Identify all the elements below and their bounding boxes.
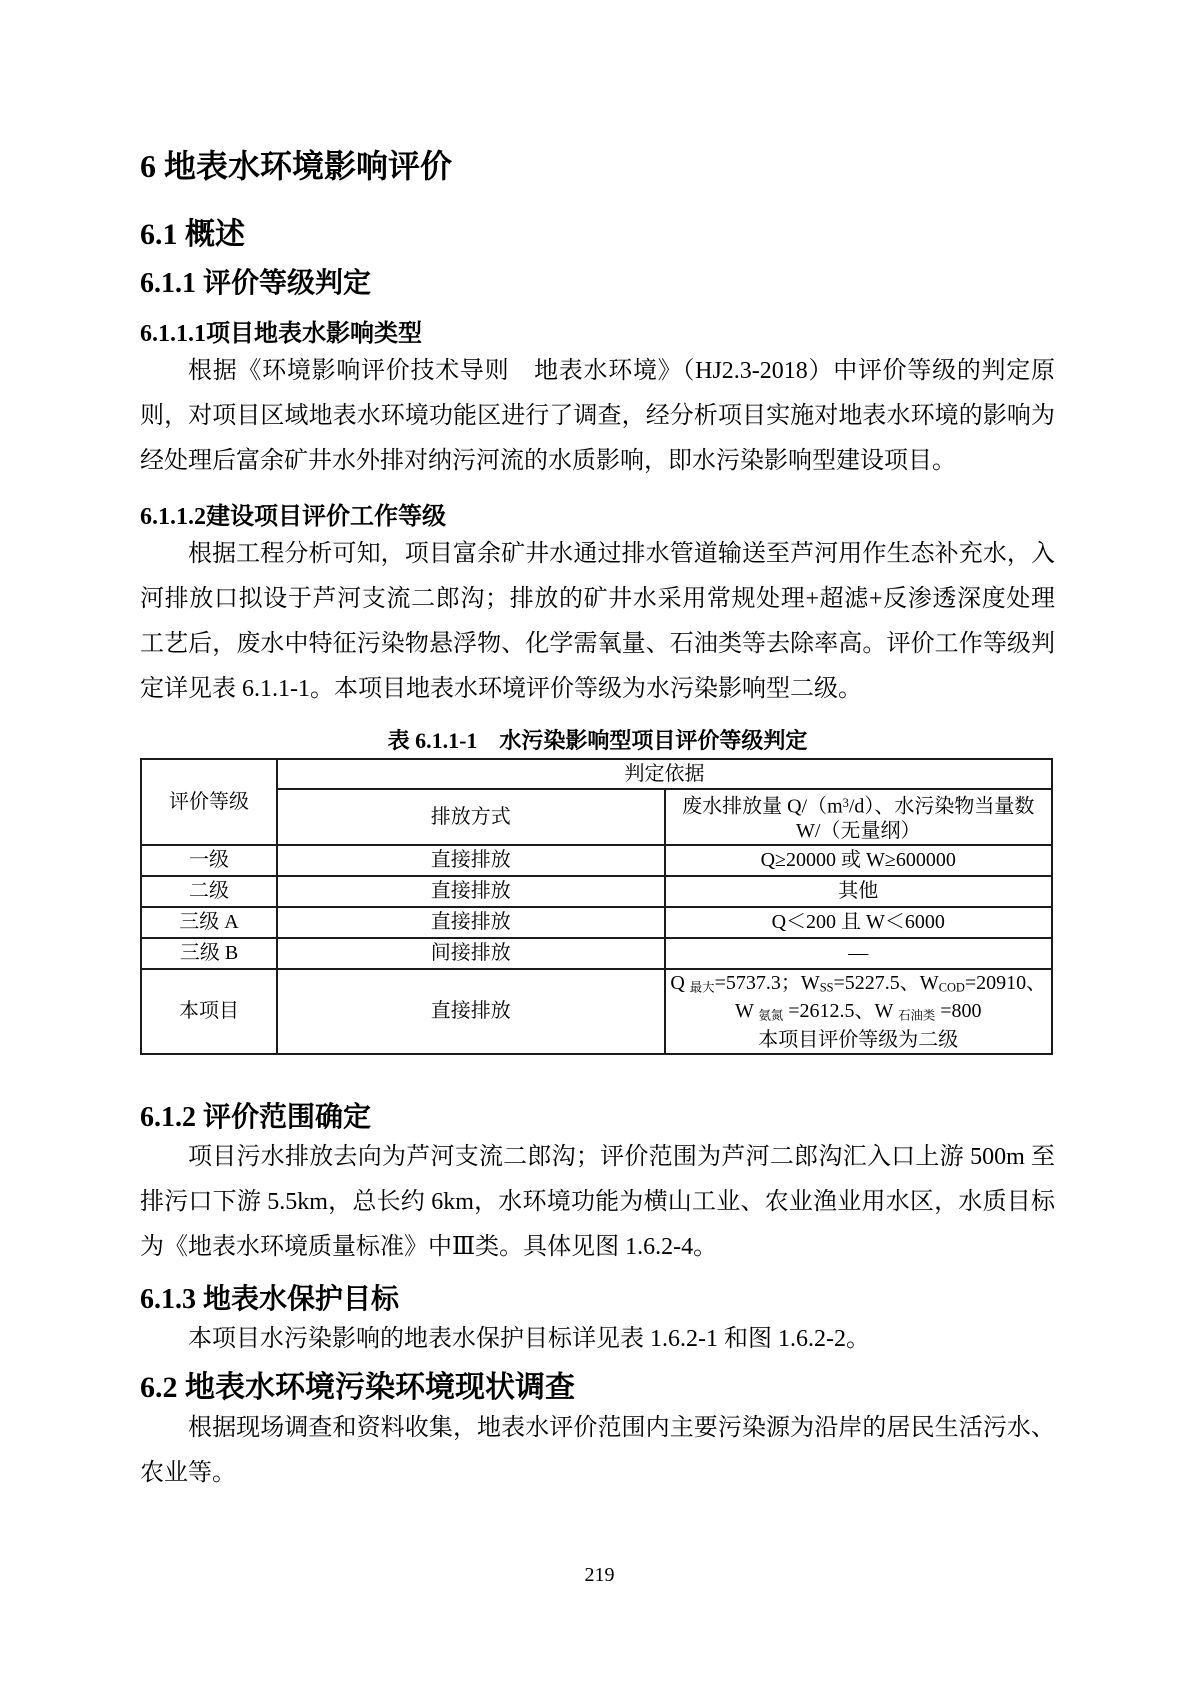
document-content: 6 地表水环境影响评价 6.1 概述 6.1.1 评价等级判定 6.1.1.1项… bbox=[140, 0, 1055, 1496]
table-row: 二级 直接排放 其他 bbox=[141, 876, 1052, 907]
chapter-heading: 6 地表水环境影响评价 bbox=[140, 147, 1055, 185]
project-criteria-conclusion: 本项目评价等级为二级 bbox=[670, 1028, 1048, 1052]
paragraph-work-grade: 根据工程分析可知，项目富余矿井水通过排水管道输送至芦河用作生态补充水，入河排放口… bbox=[140, 532, 1055, 712]
paragraph-scope: 项目污水排放去向为芦河支流二郎沟；评价范围为芦河二郎沟汇入口上游 500m 至排… bbox=[140, 1135, 1055, 1270]
section-heading-6-1-3: 6.1.3 地表水保护目标 bbox=[140, 1283, 1055, 1317]
table-row-project: 本项目 直接排放 Q 最大=5737.3；WSS=5227.5、WCOD=209… bbox=[141, 969, 1052, 1054]
cell-mode: 直接排放 bbox=[277, 969, 665, 1054]
section-heading-6-1-1: 6.1.1 评价等级判定 bbox=[140, 267, 1055, 301]
section-heading-6-1-1-1: 6.1.1.1项目地表水影响类型 bbox=[140, 319, 1055, 349]
grade-table: 评价等级 判定依据 排放方式 废水排放量 Q/（m3/d）、水污染物当量数 W/… bbox=[140, 758, 1053, 1055]
section-heading-6-2: 6.2 地表水环境污染环境现状调查 bbox=[140, 1370, 1055, 1406]
header-cell-level: 评价等级 bbox=[141, 759, 277, 845]
table-row: 三级 A 直接排放 Q＜200 且 W＜6000 bbox=[141, 907, 1052, 938]
section-heading-6-1: 6.1 概述 bbox=[140, 217, 1055, 253]
table-row: 一级 直接排放 Q≥20000 或 W≥600000 bbox=[141, 845, 1052, 876]
cell-mode: 间接排放 bbox=[277, 938, 665, 969]
cell-criteria: Q＜200 且 W＜6000 bbox=[665, 907, 1053, 938]
cell-level: 三级 A bbox=[141, 907, 277, 938]
section-heading-6-1-2: 6.1.2 评价范围确定 bbox=[140, 1101, 1055, 1135]
cell-level: 一级 bbox=[141, 845, 277, 876]
header-cell-criteria: 废水排放量 Q/（m3/d）、水污染物当量数 W/（无量纲） bbox=[665, 789, 1053, 845]
cell-level: 二级 bbox=[141, 876, 277, 907]
paragraph-protection-targets: 本项目水污染影响的地表水保护目标详见表 1.6.2-1 和图 1.6.2-2。 bbox=[140, 1317, 1055, 1362]
header-cell-mode: 排放方式 bbox=[277, 789, 665, 845]
cell-level: 本项目 bbox=[141, 969, 277, 1054]
cell-mode: 直接排放 bbox=[277, 876, 665, 907]
cell-criteria: — bbox=[665, 938, 1053, 969]
cell-mode: 直接排放 bbox=[277, 907, 665, 938]
document-page: 6 地表水环境影响评价 6.1 概述 6.1.1 评价等级判定 6.1.1.1项… bbox=[0, 0, 1199, 1696]
header-cell-basis: 判定依据 bbox=[277, 759, 1052, 789]
paragraph-pollution-survey: 根据现场调查和资料收集，地表水评价范围内主要污染源为沿岸的居民生活污水、农业等。 bbox=[140, 1406, 1055, 1496]
cell-level: 三级 B bbox=[141, 938, 277, 969]
cell-criteria-project: Q 最大=5737.3；WSS=5227.5、WCOD=20910、W 氨氮 =… bbox=[665, 969, 1053, 1054]
cell-mode: 直接排放 bbox=[277, 845, 665, 876]
table-header-row-2: 排放方式 废水排放量 Q/（m3/d）、水污染物当量数 W/（无量纲） bbox=[141, 789, 1052, 845]
cell-criteria: 其他 bbox=[665, 876, 1053, 907]
table-header-row-1: 评价等级 判定依据 bbox=[141, 759, 1052, 789]
paragraph-impact-type: 根据《环境影响评价技术导则 地表水环境》（HJ2.3-2018）中评价等级的判定… bbox=[140, 349, 1055, 484]
section-heading-6-1-1-2: 6.1.1.2建设项目评价工作等级 bbox=[140, 502, 1055, 532]
table-title: 表 6.1.1-1 水污染影响型项目评价等级判定 bbox=[140, 727, 1055, 755]
project-criteria-values: Q 最大=5737.3；WSS=5227.5、WCOD=20910、W 氨氮 =… bbox=[670, 971, 1048, 1028]
table-row: 三级 B 间接排放 — bbox=[141, 938, 1052, 969]
page-number: 219 bbox=[0, 1563, 1199, 1587]
cell-criteria: Q≥20000 或 W≥600000 bbox=[665, 845, 1053, 876]
